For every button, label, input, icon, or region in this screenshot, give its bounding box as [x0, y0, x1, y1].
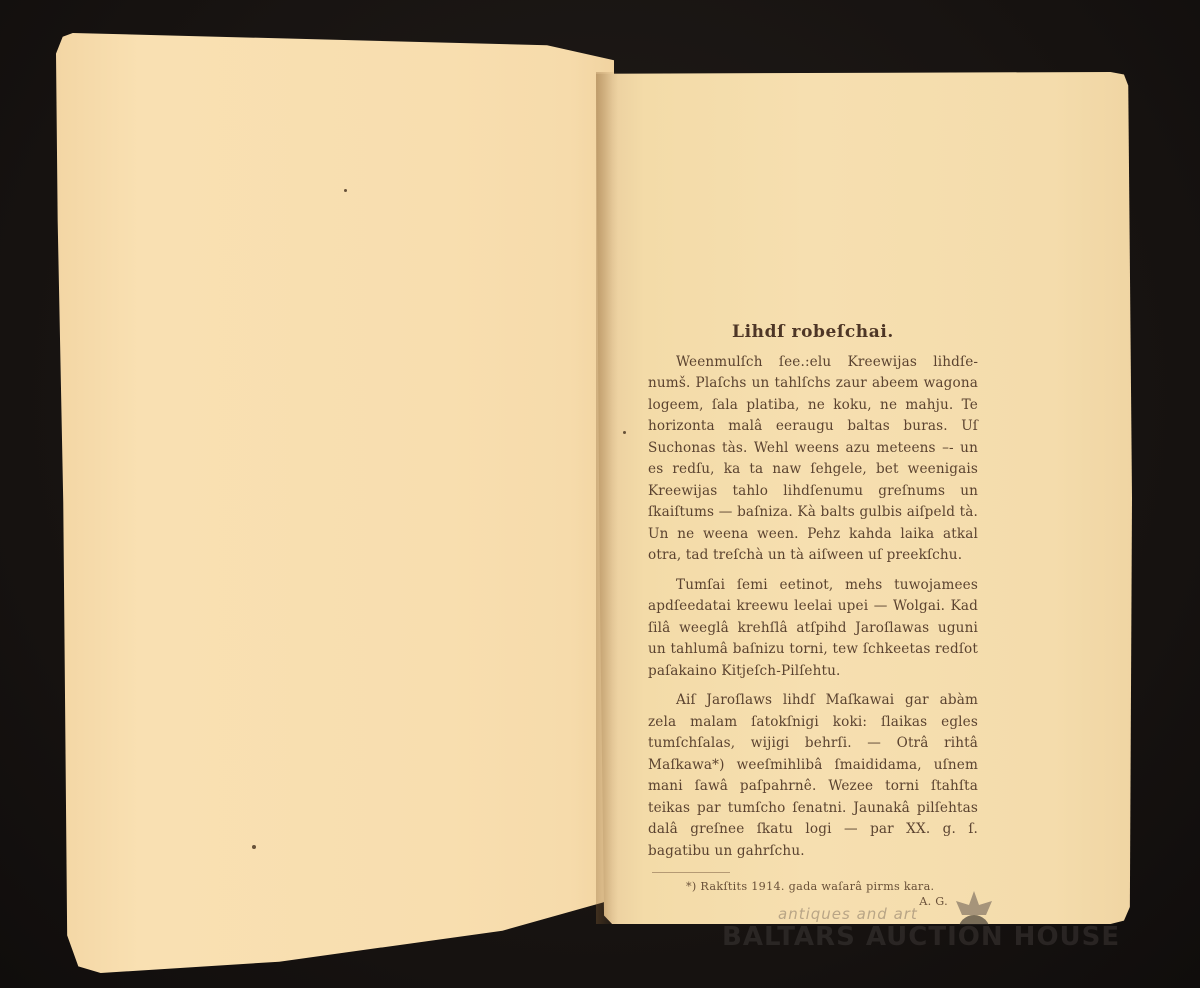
watermark-tagline: antiques and art: [778, 905, 918, 923]
footnote: *) Rakſtits 1914. gada waſarâ pirms kara…: [648, 879, 978, 894]
paper-speck: [623, 431, 626, 434]
gutter-shadow: [596, 72, 618, 924]
paragraph-1: Weenmulſch ſee.:elu Kreewijas lihdſe­num…: [648, 352, 978, 567]
watermark: antiques and art BALTARS AUCTION HOUSE: [722, 905, 1122, 965]
paper-speck: [252, 845, 256, 849]
left-page-blank: [56, 33, 614, 973]
footnote-divider: [652, 872, 730, 873]
paper-speck: [344, 189, 347, 192]
paragraph-2: Tumſai ſemi eetinot, mehs tuwojamees apd…: [648, 575, 978, 683]
paragraph-3: Aiſ Jaroſlaws lihdſ Maſkawai gar abàm ze…: [648, 690, 978, 862]
right-page-text: Lihdſ robeſchai. Weenmulſch ſee.:elu Kre…: [648, 322, 978, 909]
chapter-title: Lihdſ robeſchai.: [648, 322, 978, 344]
watermark-name: BALTARS AUCTION HOUSE: [722, 922, 1120, 952]
crown-icon: [954, 891, 994, 925]
